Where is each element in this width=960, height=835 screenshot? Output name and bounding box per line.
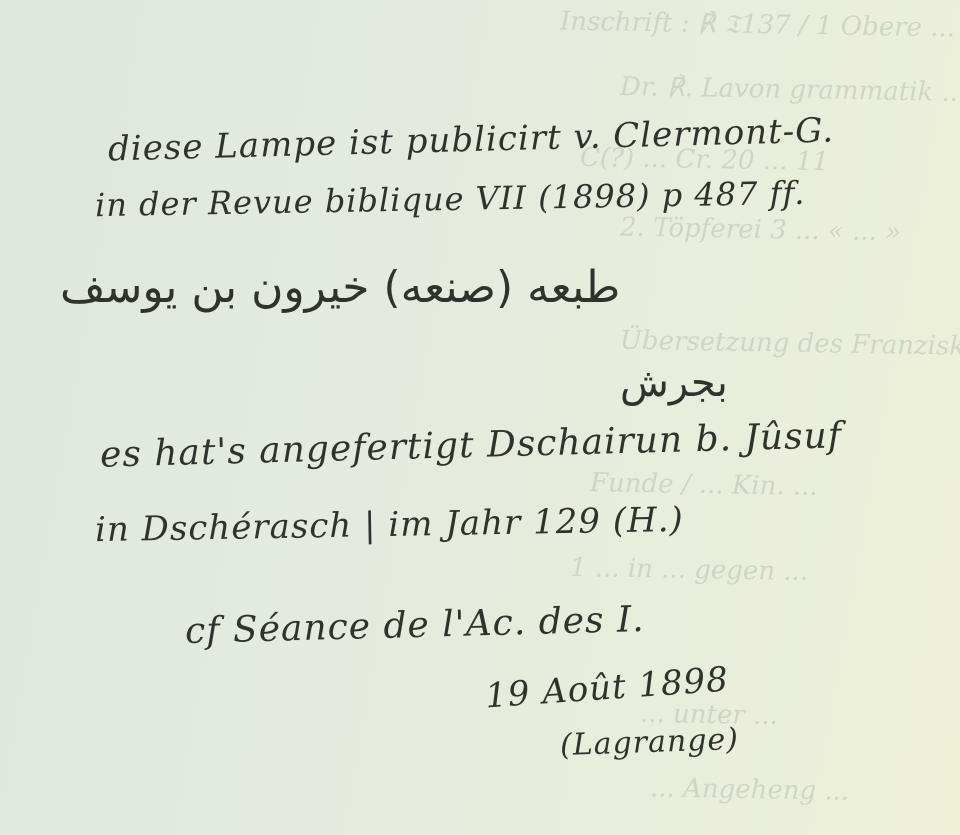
bleed-through-text: 2. Töpferei 3 ... « ... » [620, 213, 902, 248]
bleed-through-text: Übersetzung des Franziskanischen ... [620, 326, 960, 365]
note-line-translation-1: es hat's angefertigt Dschairun b. Jûsuf [100, 415, 843, 475]
bleed-through-text: Funde / ... Kin. ... [590, 468, 818, 502]
bleed-through-text: Inschrift : ℟ 𝔗137 / 1 Obere ... [560, 7, 955, 45]
arabic-inscription-line-1: طبعه (صنعه) خيرون بن يوسف [60, 262, 770, 313]
reference-line: cf Séance de l'Ac. des I. [185, 599, 646, 652]
arabic-inscription-line-2: بجرش [620, 360, 728, 406]
manuscript-page: Inschrift : ℟ 𝔗137 / 1 Obere ... Dr. ℟. … [0, 0, 960, 835]
note-line-translation-2: in Dschérasch | im Jahr 129 (H.) [95, 500, 684, 550]
bleed-through-text: Dr. ℟. Lavon grammatik ... [620, 72, 960, 108]
reference-author: (Lagrange) [559, 722, 739, 763]
bleed-through-text: ... Angeheng ... [650, 773, 850, 806]
bleed-through-text: 1 ... in ... gegen ... [570, 553, 809, 587]
